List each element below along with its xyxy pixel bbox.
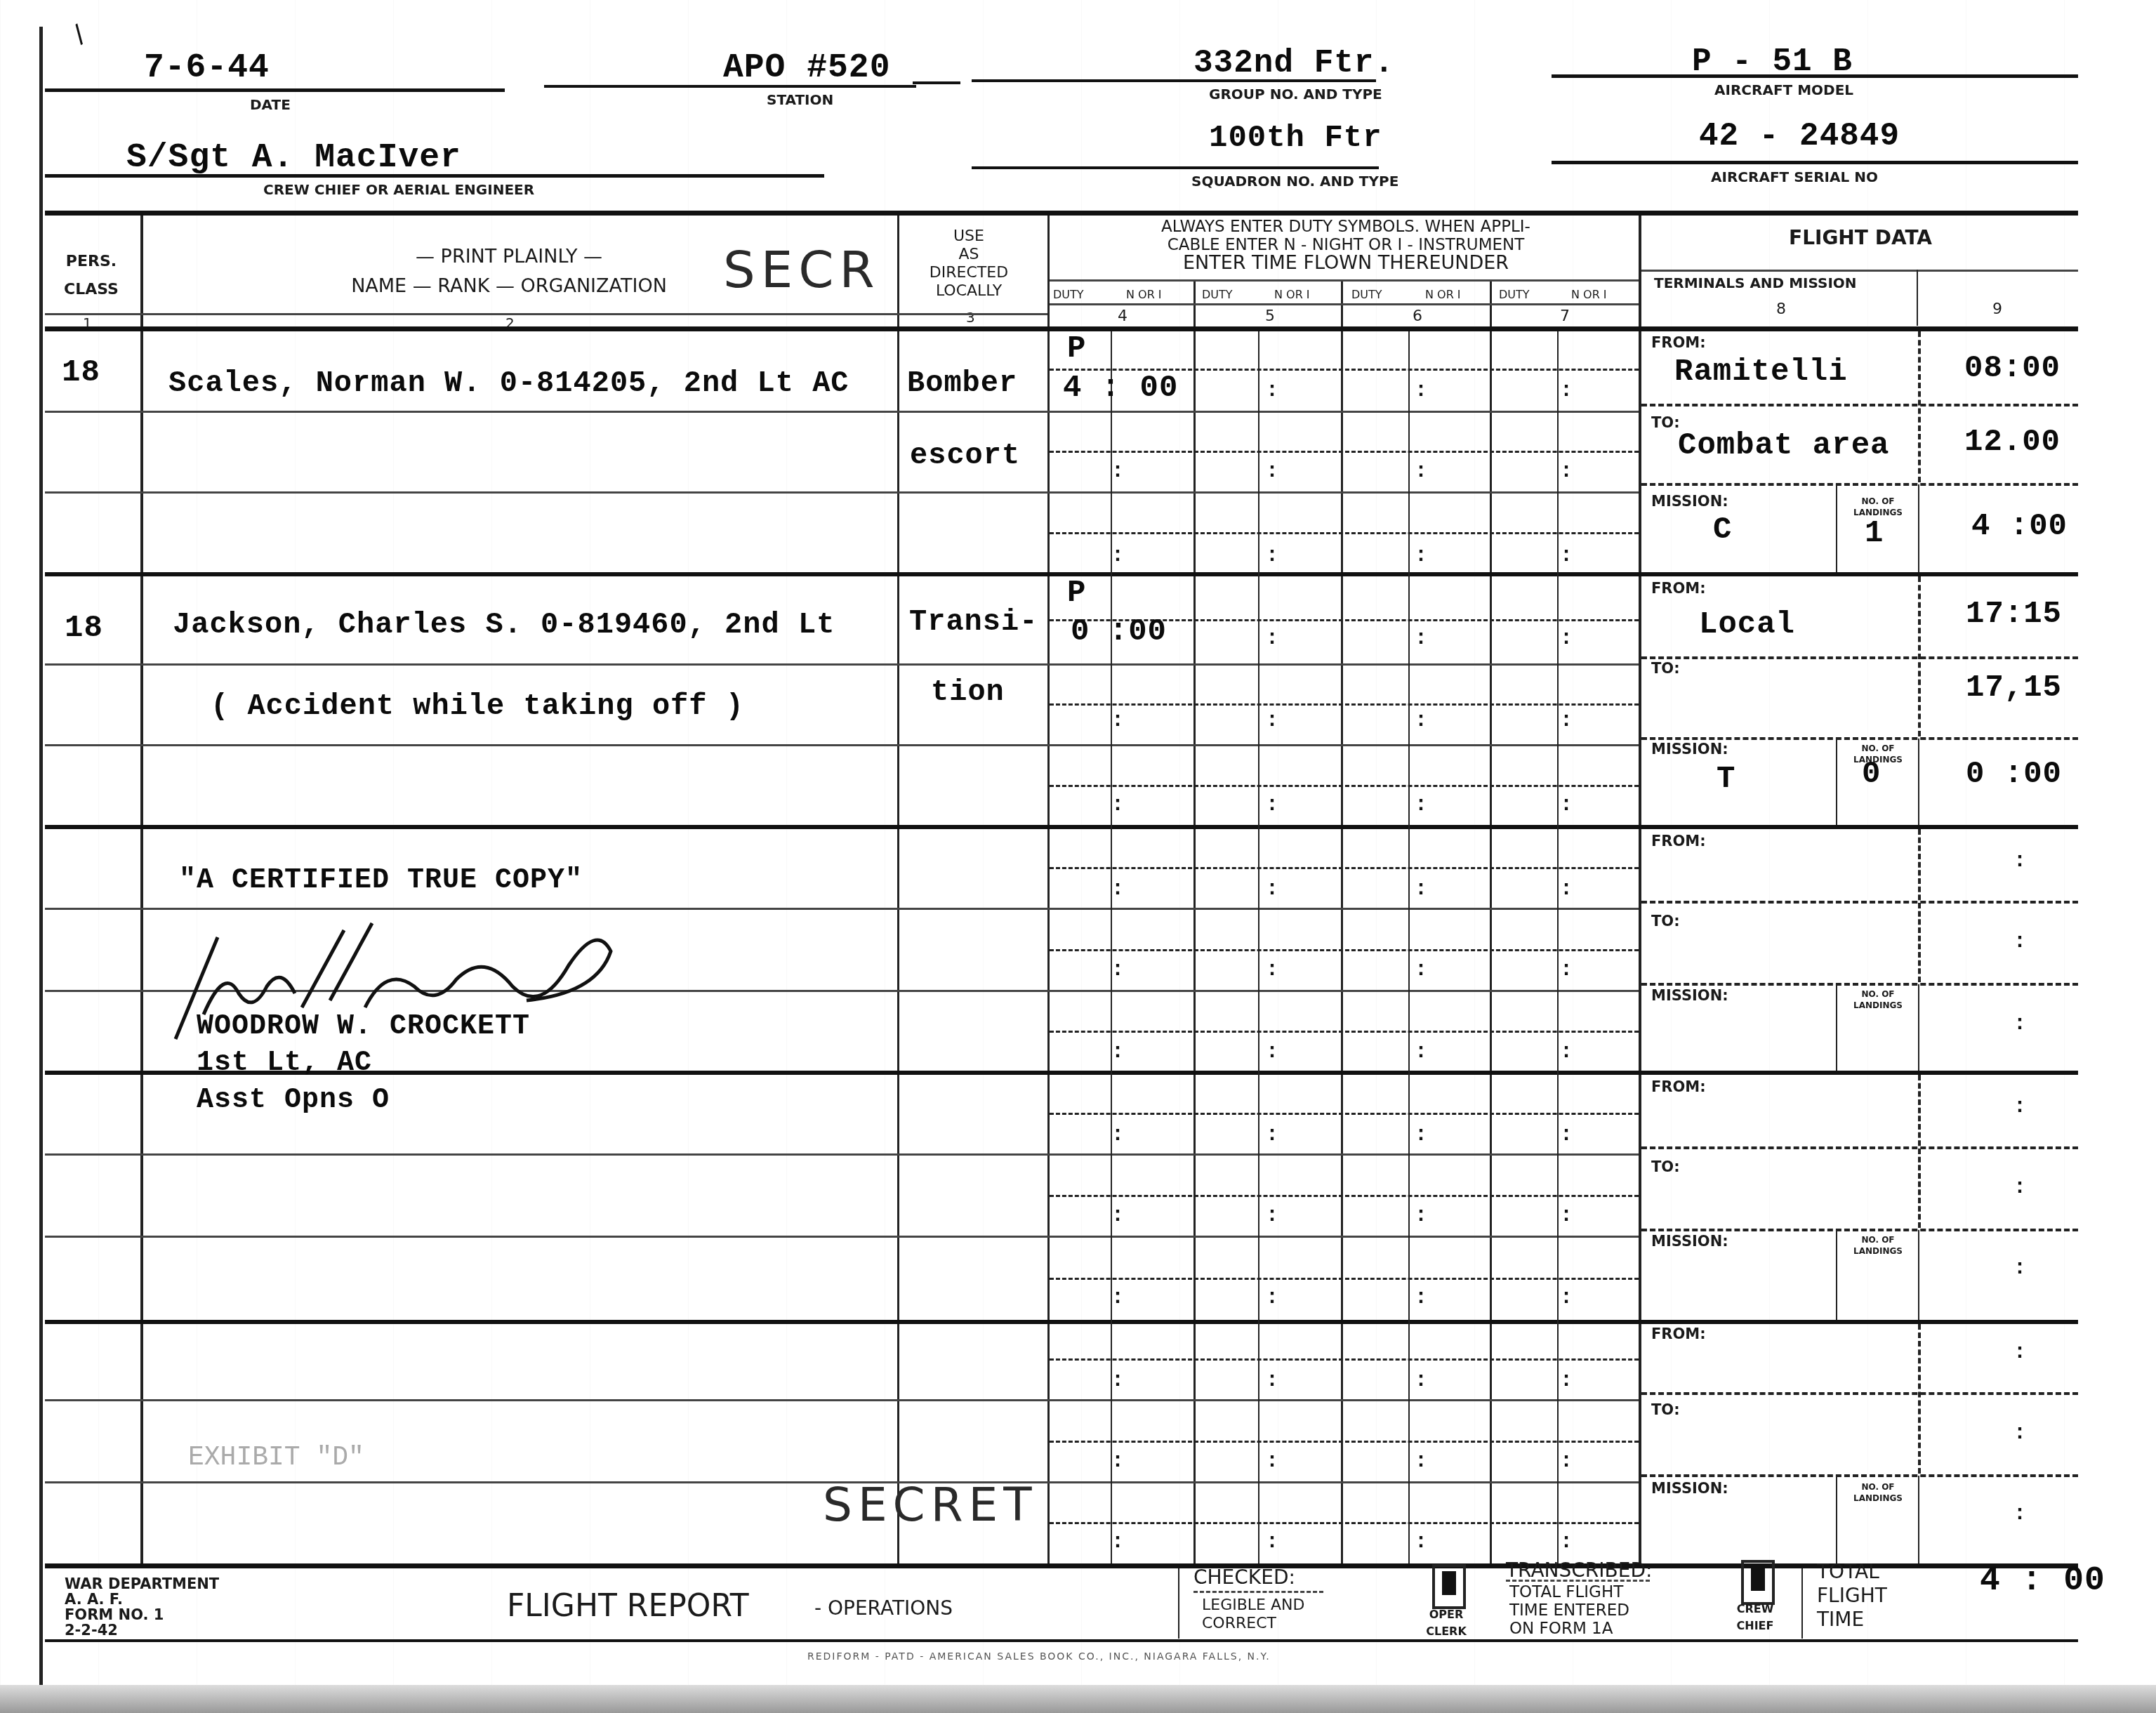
aircraft-serial-line [1552, 161, 2078, 164]
checked-label: CHECKED: [1193, 1566, 1295, 1589]
block-line-4 [45, 1320, 2078, 1324]
exhibit-stamp: EXHIBIT "D" [188, 1443, 364, 1473]
colon: : [1266, 1204, 1278, 1228]
landings-box-right [1918, 984, 1919, 1071]
colon: : [1111, 1530, 1124, 1554]
entry-use-line1: Bomber [907, 366, 1017, 400]
group-value: 332nd Ftr. [1193, 45, 1394, 81]
time-colon: : [2013, 1176, 2026, 1200]
total-flight-time-value: 4 : 00 [1980, 1562, 2105, 1600]
colon: : [1415, 793, 1427, 817]
pers-class-header: PERS. CLASS [58, 248, 125, 304]
left-border [39, 27, 43, 1712]
landings-box-left [1836, 1230, 1837, 1320]
table-top-border [45, 211, 2078, 216]
terminals-header: TERMINALS AND MISSION [1654, 275, 1857, 291]
colon: : [1415, 1040, 1427, 1064]
header-bottom-border [45, 326, 2078, 331]
colon: : [1560, 460, 1573, 484]
group-line-b [1081, 79, 1376, 82]
entry-to-time: 17,15 [1966, 670, 2062, 706]
footer-divider [1801, 1568, 1803, 1639]
station-label: STATION [767, 91, 833, 108]
time-colon: : [2013, 1502, 2026, 1526]
colon: : [1560, 793, 1573, 817]
entry-to-time: 12.00 [1964, 425, 2061, 460]
crew-chief-line [45, 174, 824, 178]
colon: : [1266, 958, 1278, 982]
colon: : [1111, 1450, 1124, 1474]
row-line [45, 1236, 1639, 1238]
flight-dash [1641, 1392, 2078, 1395]
colon: : [1415, 627, 1427, 651]
flight-vdash [1918, 829, 1921, 982]
squadron-label: SQUADRON NO. AND TYPE [1191, 173, 1398, 190]
time-colon: : [2013, 1422, 2026, 1446]
duty-sub-divider [1258, 331, 1259, 1563]
entry-mission-time: 4 :00 [1971, 509, 2068, 544]
aircraft-model-line [1552, 74, 2078, 78]
duty-sub-divider [1408, 331, 1410, 1563]
colon: : [1415, 544, 1427, 568]
colon: : [1266, 709, 1278, 733]
mission-label: MISSION: [1651, 987, 1728, 1004]
duty-half-line [1050, 1278, 1639, 1280]
colon: : [1111, 460, 1124, 484]
crew-chief-label: CREW CHIEF OR AERIAL ENGINEER [263, 181, 534, 198]
landings-box-left [1836, 739, 1837, 825]
entry-from-time: 17:15 [1966, 597, 2062, 632]
to-label: TO: [1651, 660, 1680, 677]
duty-half-line [1050, 1195, 1639, 1197]
crew-chief-value: S/Sgt A. MacIver [126, 139, 461, 177]
colon: : [1415, 958, 1427, 982]
group-line-a [972, 79, 1091, 82]
colon: : [1415, 1369, 1427, 1393]
colon: : [1415, 1286, 1427, 1310]
col-num-6: 6 [1413, 307, 1422, 325]
date-line [45, 88, 505, 92]
scan-edge [0, 1685, 2156, 1713]
col-num-3: 3 [966, 309, 975, 326]
footer-bottom-border [45, 1639, 2078, 1642]
from-label: FROM: [1651, 580, 1706, 597]
duty-sub-line [1050, 279, 1639, 282]
colon: : [1111, 1040, 1124, 1064]
col-divider-1 [140, 216, 143, 1563]
colon: : [1560, 1530, 1573, 1554]
form-subtitle: - OPERATIONS [814, 1596, 953, 1620]
mission-label: MISSION: [1651, 493, 1728, 510]
certifier-name: WOODROW W. CROCKETT [197, 1011, 530, 1043]
certifier-rank: 1st Lt, AC [197, 1047, 372, 1079]
colon: : [1111, 1286, 1124, 1310]
colon: : [1415, 1123, 1427, 1147]
time-colon: : [2013, 1012, 2026, 1036]
duty-half-line [1050, 1522, 1639, 1524]
landings-label: NO. OFLANDINGS [1839, 496, 1917, 518]
entry-duty-time: 4 : 00 [1063, 371, 1178, 406]
duty-half-line [1050, 1441, 1639, 1443]
flight-dash [1641, 1474, 2078, 1477]
nori-label-5: N OR I [1274, 288, 1310, 301]
colon: : [1266, 1123, 1278, 1147]
colon: : [1560, 1204, 1573, 1228]
flight-dash [1641, 737, 2078, 740]
oper-clerk-checkbox[interactable] [1432, 1564, 1466, 1609]
entry-name: Scales, Norman W. 0-814205, 2nd Lt AC [168, 366, 849, 400]
entry-landings: 1 [1865, 516, 1884, 551]
colon: : [1111, 1204, 1124, 1228]
entry-from-time: 08:00 [1964, 351, 2061, 386]
flight-dash [1641, 404, 2078, 406]
duty-half-line [1050, 1358, 1639, 1361]
form-info: WAR DEPARTMENT A. A. F. FORM NO. 1 2-2-4… [65, 1576, 219, 1638]
mark: / [68, 20, 91, 51]
header-num-line [45, 313, 1047, 315]
station-line [544, 85, 916, 88]
duty-half-line [1050, 1031, 1639, 1033]
certifier-position: Asst Opns O [197, 1085, 390, 1116]
time-colon: : [2013, 1257, 2026, 1281]
colon: : [1560, 544, 1573, 568]
colon: : [1266, 1286, 1278, 1310]
time-colon: : [2013, 930, 2026, 954]
duty-half-line [1050, 949, 1639, 951]
colon: : [1111, 793, 1124, 817]
col-num-8: 8 [1776, 300, 1786, 318]
col-divider-6 [1490, 281, 1492, 1563]
transcribed-desc: TOTAL FLIGHT TIME ENTERED ON FORM 1A [1509, 1583, 1629, 1638]
colon: : [1560, 878, 1573, 901]
footer-divider [1178, 1568, 1179, 1639]
duty-label-4: DUTY [1053, 288, 1084, 301]
colon: : [1111, 544, 1124, 568]
duty-half-line [1050, 1113, 1639, 1115]
colon: : [1560, 379, 1573, 403]
colon: : [1560, 1040, 1573, 1064]
flight-vdash [1918, 331, 1921, 482]
landings-box-left [1836, 984, 1837, 1071]
col-num-4: 4 [1118, 307, 1127, 325]
form-title: FLIGHT REPORT [507, 1588, 749, 1624]
checked-line [1193, 1591, 1323, 1593]
duty-label-7: DUTY [1499, 288, 1530, 301]
from-label: FROM: [1651, 833, 1706, 849]
entry-use-line2: tion [931, 675, 1005, 709]
time-colon: : [2013, 1341, 2026, 1365]
mission-label: MISSION: [1651, 1233, 1728, 1250]
flight-data-header: FLIGHT DATA [1636, 226, 2085, 249]
transcribed-label: TRANSCRIBED: [1506, 1559, 1652, 1582]
total-flight-time-label: TOTAL FLIGHT TIME [1817, 1560, 1887, 1632]
colon: : [1266, 1369, 1278, 1393]
landings-box-right [1918, 739, 1919, 825]
landings-box-left [1836, 484, 1837, 572]
colon: : [1266, 460, 1278, 484]
col-num-9: 9 [1992, 300, 2002, 318]
date-value: 7-6-44 [144, 49, 270, 87]
duty-label-6: DUTY [1351, 288, 1382, 301]
squadron-line [972, 166, 1379, 169]
entry-mission: C [1713, 512, 1732, 548]
block-line-2 [45, 825, 2078, 829]
col-divider-4 [1193, 281, 1196, 1563]
station-value: APO #520 [723, 49, 890, 87]
crew-chief-sign-label: CREW CHIEF [1727, 1601, 1783, 1634]
row-line [45, 1399, 1639, 1401]
colon: : [1560, 627, 1573, 651]
entry-name: Jackson, Charles S. 0-819460, 2nd Lt [173, 608, 835, 642]
entry-mission: T [1717, 762, 1735, 797]
aircraft-serial-value: 42 - 24849 [1699, 118, 1900, 154]
entry-mission-time: 0 :00 [1966, 757, 2062, 792]
row-line [45, 411, 1639, 413]
landings-label: NO. OFLANDINGS [1839, 1234, 1917, 1257]
duty-header: ALWAYS ENTER DUTY SYMBOLS. WHEN APPLI- C… [1047, 218, 1644, 272]
entry-pers-class: 18 [62, 355, 100, 390]
flight-dash [1641, 983, 2078, 986]
colon: : [1111, 1369, 1124, 1393]
duty-half-line [1050, 867, 1639, 869]
time-colon: : [2013, 1095, 2026, 1119]
colon: : [1415, 1450, 1427, 1474]
colon: : [1560, 958, 1573, 982]
oper-clerk-label: OPER CLERK [1418, 1606, 1474, 1640]
entry-from: Ramitelli [1674, 355, 1848, 390]
entry-landings: 0 [1862, 757, 1881, 792]
col-num-7: 7 [1560, 307, 1570, 325]
date-label: DATE [250, 96, 291, 113]
block-line-1 [45, 572, 2078, 576]
duty-num-line [1050, 303, 1639, 305]
legible-label: LEGIBLE AND CORRECT [1202, 1596, 1304, 1633]
colon: : [1560, 1286, 1573, 1310]
colon: : [1415, 709, 1427, 733]
mission-label: MISSION: [1651, 741, 1728, 758]
landings-label: NO. OFLANDINGS [1839, 1481, 1917, 1504]
secret-stamp-bottom: SECRET [823, 1478, 1038, 1532]
colon: : [1560, 1450, 1573, 1474]
flight-dash [1641, 656, 2078, 659]
landings-label: NO. OFLANDINGS [1839, 988, 1917, 1011]
colon: : [1266, 544, 1278, 568]
col-divider-3 [1047, 216, 1050, 1563]
col-num-5: 5 [1265, 307, 1275, 325]
flight-vdash [1918, 576, 1921, 736]
entry-duty-time: 0 :00 [1071, 614, 1167, 649]
colon: : [1560, 1369, 1573, 1393]
duty-label-5: DUTY [1202, 288, 1233, 301]
nori-label-6: N OR I [1425, 288, 1461, 301]
colon: : [1266, 793, 1278, 817]
to-label: TO: [1651, 414, 1680, 431]
col-divider-7 [1639, 216, 1641, 1563]
entry-duty-symbol: P [1067, 576, 1086, 611]
colon: : [1415, 1530, 1427, 1554]
time-colon: : [2013, 849, 2026, 873]
flight-vdash [1918, 1075, 1921, 1228]
colon: : [1111, 878, 1124, 901]
colon: : [1560, 1123, 1573, 1147]
colon: : [1415, 379, 1427, 403]
colon: : [1111, 958, 1124, 982]
row-line [45, 744, 1639, 746]
to-label: TO: [1651, 1158, 1680, 1175]
from-label: FROM: [1651, 334, 1706, 351]
entry-remark: ( Accident while taking off ) [211, 689, 744, 723]
group-label: GROUP NO. AND TYPE [1209, 86, 1382, 102]
duty-half-line [1050, 785, 1639, 787]
entry-to: Combat area [1678, 428, 1889, 463]
landings-box-right [1918, 1230, 1919, 1320]
secret-stamp-top: SECR [723, 240, 880, 299]
duty-sub-divider [1557, 331, 1559, 1563]
printer-imprint: REDIFORM - PATD - AMERICAN SALES BOOK CO… [807, 1651, 1271, 1662]
name-header: — PRINT PLAINLY — NAME — RANK — ORGANIZA… [277, 242, 741, 301]
colon: : [1266, 379, 1278, 403]
duty-half-line [1050, 451, 1639, 453]
from-label: FROM: [1651, 1078, 1706, 1095]
flight-dash [1641, 1146, 2078, 1149]
nori-label-4: N OR I [1126, 288, 1162, 301]
flight-dash [1641, 1229, 2078, 1231]
colon: : [1266, 627, 1278, 651]
divider-line [913, 81, 960, 84]
col-divider-2 [897, 216, 899, 1563]
colon: : [1415, 878, 1427, 901]
to-label: TO: [1651, 1401, 1680, 1418]
colon: : [1560, 709, 1573, 733]
landings-box-right [1918, 1476, 1919, 1563]
squadron-value: 100th Ftr [1209, 121, 1382, 156]
duty-half-line [1050, 703, 1639, 706]
colon: : [1266, 1040, 1278, 1064]
use-header: USE AS DIRECTED LOCALLY [906, 227, 1032, 300]
flight-sub-divider [1917, 270, 1918, 326]
from-label: FROM: [1651, 1325, 1706, 1342]
landings-box-left [1836, 1476, 1837, 1563]
colon: : [1266, 878, 1278, 901]
colon: : [1266, 1530, 1278, 1554]
colon: : [1111, 1123, 1124, 1147]
flight-sub-line [1641, 270, 2078, 272]
row-line [45, 663, 1639, 666]
colon: : [1415, 1204, 1427, 1228]
entry-use-line1: Transi- [909, 605, 1038, 639]
mission-label: MISSION: [1651, 1480, 1728, 1497]
certified-title: "A CERTIFIED TRUE COPY" [179, 865, 583, 897]
entry-pers-class: 18 [65, 611, 103, 646]
nori-label-7: N OR I [1571, 288, 1607, 301]
row-line [45, 491, 1639, 494]
transcribed-line [1506, 1580, 1650, 1582]
flight-dash [1641, 483, 2078, 486]
colon: : [1266, 1450, 1278, 1474]
aircraft-model-label: AIRCRAFT MODEL [1714, 81, 1853, 98]
duty-half-line [1050, 532, 1639, 534]
colon: : [1111, 709, 1124, 733]
flight-vdash [1918, 1324, 1921, 1474]
landings-box-right [1918, 484, 1919, 572]
aircraft-serial-label: AIRCRAFT SERIAL NO [1711, 168, 1878, 185]
entry-from: Local [1699, 607, 1795, 642]
colon: : [1415, 460, 1427, 484]
entry-use-line2: escort [910, 439, 1020, 472]
to-label: TO: [1651, 913, 1680, 930]
flight-dash [1641, 901, 2078, 904]
entry-duty-symbol: P [1067, 331, 1086, 366]
row-line [45, 1153, 1639, 1156]
col-divider-5 [1341, 281, 1343, 1563]
crew-chief-checkbox[interactable] [1741, 1560, 1775, 1605]
